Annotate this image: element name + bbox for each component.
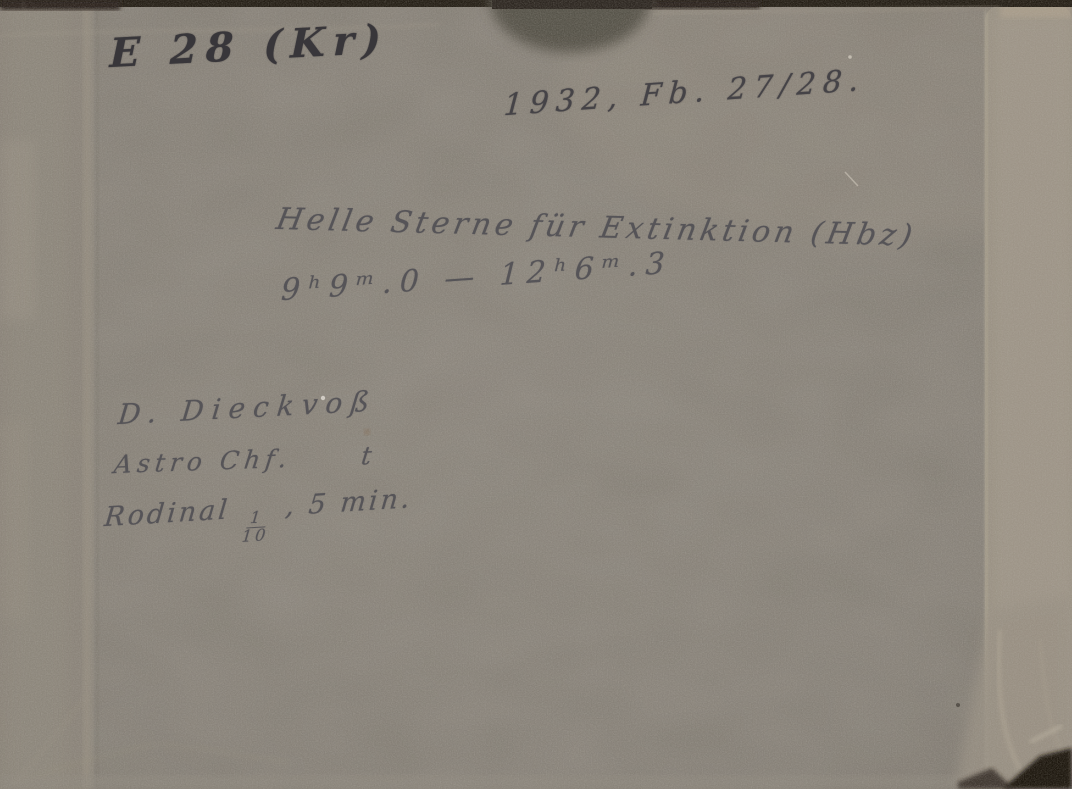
plate-envelope-photo: E 28 (Kr) 1932, Fb. 27/28. Helle Sterne … <box>0 0 1072 789</box>
development-time: , 5 min. <box>284 483 414 522</box>
dilution-denominator: 10 <box>241 527 269 544</box>
developer-name: Rodinal <box>103 494 231 533</box>
dilution-fraction: 1 10 <box>241 510 271 544</box>
